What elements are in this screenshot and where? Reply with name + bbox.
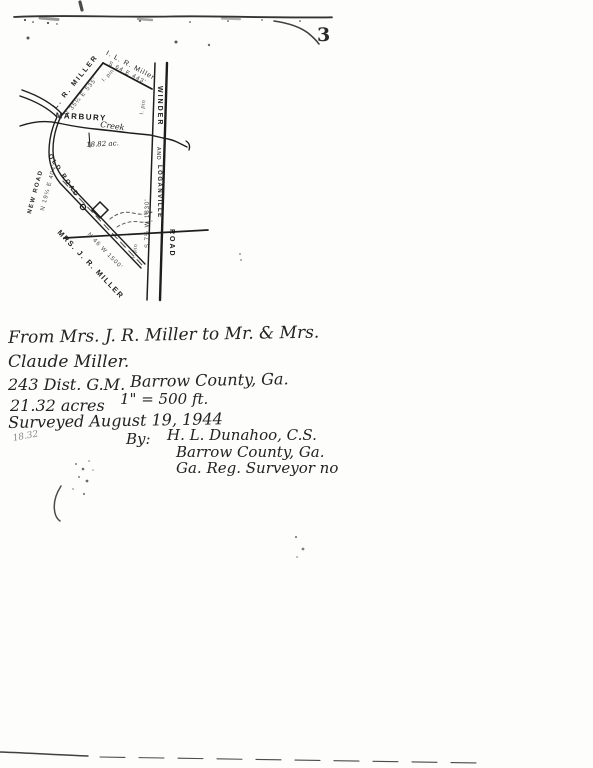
note-by-label: By: xyxy=(126,430,151,448)
page-number: 3 xyxy=(317,24,330,46)
flourish-stroke xyxy=(274,21,319,44)
note-county: Barrow County, Ga. xyxy=(130,369,289,391)
scan-speckles xyxy=(24,19,304,558)
top-left-blob xyxy=(80,2,82,10)
scanned-plat-document: 3 L. R. MILLER N 35¼ E 535' I. L. R. Mil… xyxy=(0,0,593,768)
bottom-edge-dashes xyxy=(100,757,480,763)
note-district: 243 Dist. G.M. xyxy=(8,375,125,394)
road-name-and: AND xyxy=(155,147,161,161)
road-name-road: ROAD xyxy=(168,229,175,258)
road-name-loganville: LOGANVILLE xyxy=(156,165,162,219)
bottom-edge-solid xyxy=(0,752,88,756)
note-line-2: Claude Miller. xyxy=(8,352,129,372)
surveyor-name: H. L. Dunahoo, C.S. xyxy=(167,426,317,444)
surveyor-registration: Ga. Reg. Surveyor no xyxy=(176,459,338,477)
road-bearing-label: S 7½ W 1830' xyxy=(145,199,151,249)
stray-paren-mark xyxy=(54,486,61,521)
torn-edge-line xyxy=(14,16,332,18)
road-left-line xyxy=(147,63,155,300)
note-scale: 1" = 500 ft. xyxy=(120,390,208,408)
acreage-label: 18.82 ac. xyxy=(86,139,119,149)
road-name-winder: WINDER xyxy=(156,86,163,126)
